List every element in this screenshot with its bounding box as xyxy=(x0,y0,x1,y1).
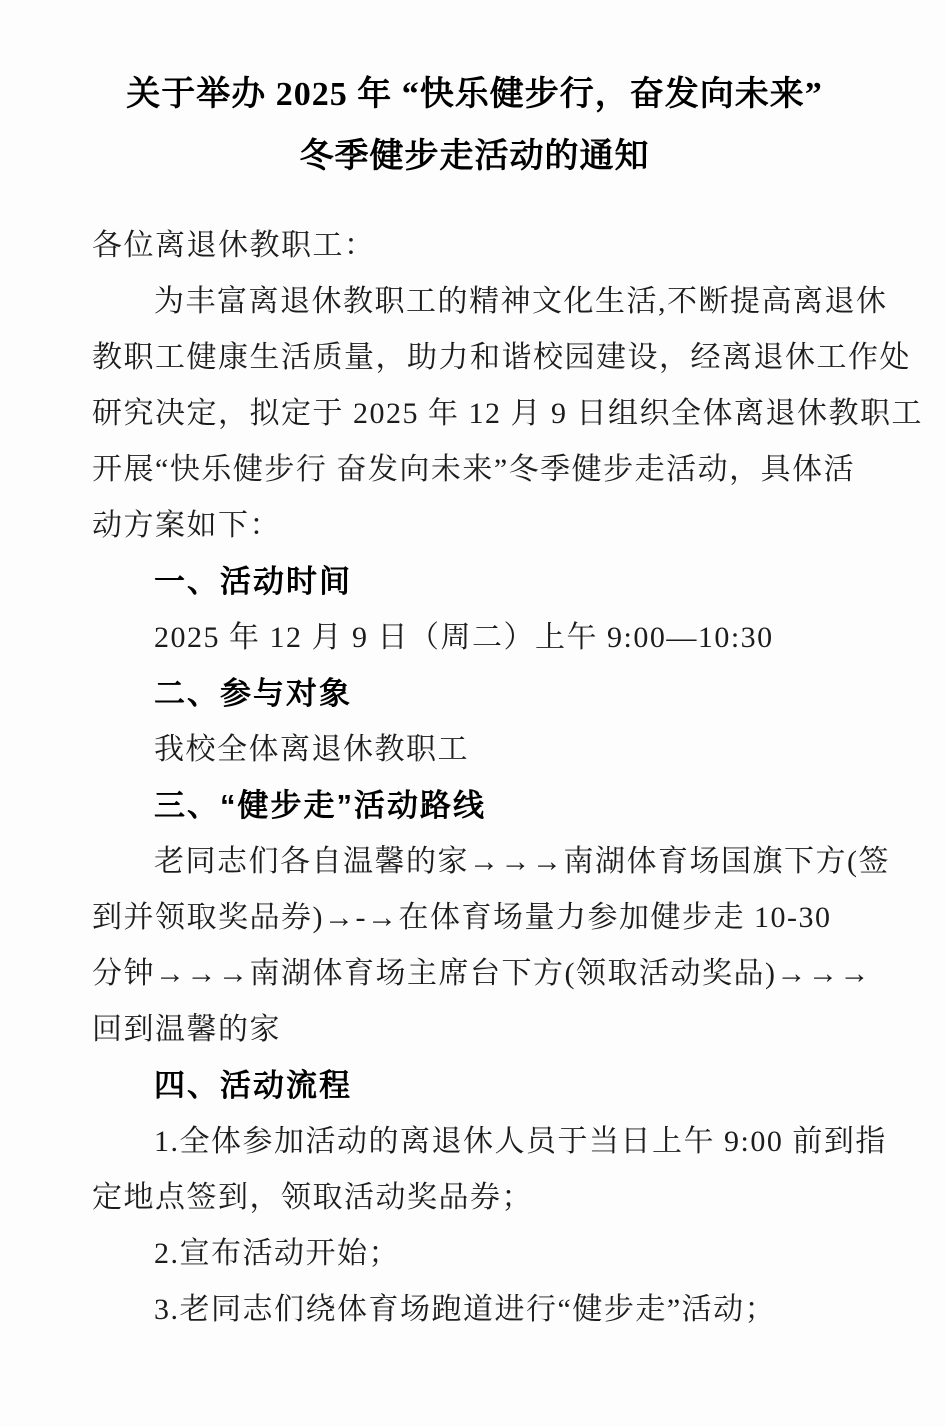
section-3-heading: 三、“健步走”活动路线 xyxy=(92,778,857,834)
intro-line-5: 动方案如下： xyxy=(92,498,857,554)
section-3-line-3: 分钟→→→南湖体育场主席台下方(领取活动奖品)→→→ xyxy=(92,946,857,1002)
section-4-heading: 四、活动流程 xyxy=(92,1058,857,1114)
section-4-line-1: 1.全体参加活动的离退休人员于当日上午 9:00 前到指 xyxy=(92,1114,857,1170)
section-2-line-1: 我校全体离退休教职工 xyxy=(92,722,857,778)
document-page: 关于举办 2025 年 “快乐健步行，奋发向未来” 冬季健步走活动的通知 各位离… xyxy=(0,0,945,1427)
section-1-line-1: 2025 年 12 月 9 日（周二）上午 9:00—10:30 xyxy=(92,610,857,666)
section-3-line-1: 老同志们各自温馨的家→→→南湖体育场国旗下方(签 xyxy=(92,834,857,890)
section-1-heading: 一、活动时间 xyxy=(92,554,857,610)
intro-line-2: 教职工健康生活质量，助力和谐校园建设，经离退休工作处 xyxy=(92,330,857,386)
section-2-heading: 二、参与对象 xyxy=(92,666,857,722)
document-title-line-2: 冬季健步走活动的通知 xyxy=(92,126,857,188)
salutation: 各位离退休教职工： xyxy=(92,218,857,274)
section-4-line-2: 定地点签到，领取活动奖品券； xyxy=(92,1170,857,1226)
intro-line-3: 研究决定，拟定于 2025 年 12 月 9 日组织全体离退休教职工 xyxy=(92,386,857,442)
section-4-line-3: 2.宣布活动开始； xyxy=(92,1226,857,1282)
section-3-line-2: 到并领取奖品券)→-→在体育场量力参加健步走 10-30 xyxy=(92,890,857,946)
intro-line-1: 为丰富离退休教职工的精神文化生活,不断提高离退休 xyxy=(92,274,857,330)
section-3-line-4: 回到温馨的家 xyxy=(92,1002,857,1058)
document-content: 关于举办 2025 年 “快乐健步行，奋发向未来” 冬季健步走活动的通知 各位离… xyxy=(0,0,945,1338)
intro-line-4: 开展“快乐健步行 奋发向未来”冬季健步走活动，具体活 xyxy=(92,442,857,498)
section-4-line-4: 3.老同志们绕体育场跑道进行“健步走”活动； xyxy=(92,1282,857,1338)
document-title: 关于举办 2025 年 “快乐健步行，奋发向未来” 冬季健步走活动的通知 xyxy=(92,64,857,188)
document-title-line-1: 关于举办 2025 年 “快乐健步行，奋发向未来” xyxy=(92,64,857,126)
